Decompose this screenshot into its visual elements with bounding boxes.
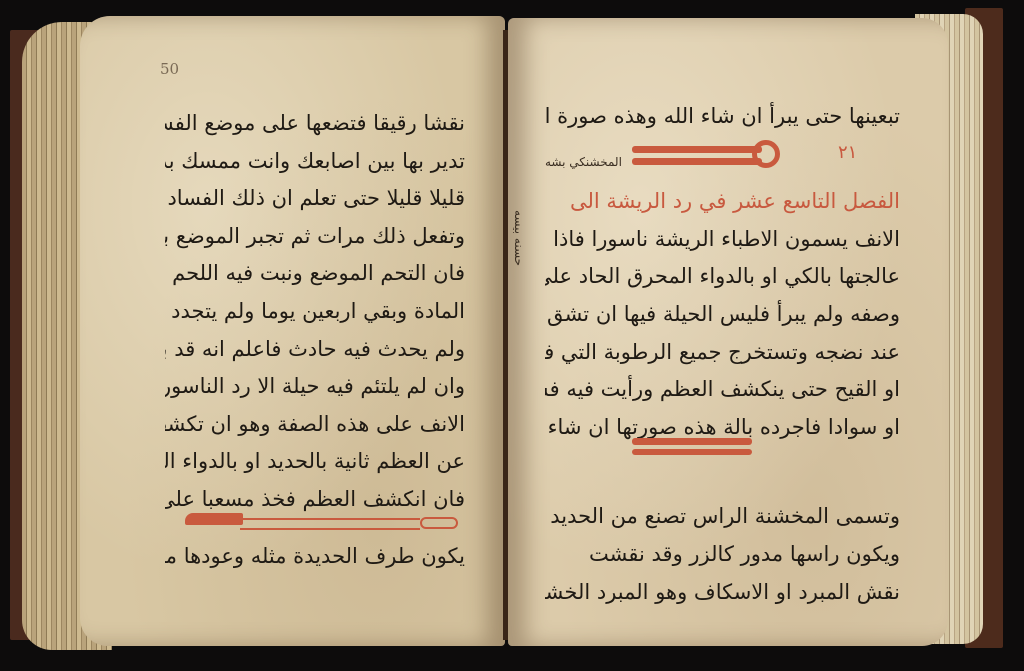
scissors-illustration-handle xyxy=(752,140,780,168)
text-line: وتفعل ذلك مرات ثم تجبر الموضع بالادوية ا… xyxy=(165,218,465,256)
text-line: فان التحم الموضع ونبت فيه اللحم وانقطع ج… xyxy=(165,255,465,293)
text-line: قليلا قليلا حتى تعلم ان ذلك الفساد قد ان… xyxy=(165,180,465,218)
instrument-illustration-head xyxy=(185,513,243,525)
text-line: عند نضجه وتستخرج جميع الرطوبة التي فيه xyxy=(545,334,900,372)
text-line: تبعينها حتى يبرأ ان شاء الله وهذه صورة ا… xyxy=(545,98,900,136)
right-page-text: تبعينها حتى يبرأ ان شاء الله وهذه صورة ا… xyxy=(545,98,900,611)
section-divider xyxy=(632,438,752,445)
scissors-illustration-blade xyxy=(632,158,762,165)
text-line: نقش المبرد او الاسكاف وهو المبرد الخشن xyxy=(545,574,900,612)
text-line: عن العظم ثانية بالحديد او بالدواء الحاد xyxy=(165,443,465,481)
text-line: وصفه ولم يبرأ فليس الحيلة فيها ان تشق ال… xyxy=(545,296,900,334)
scissors-illustration-blade xyxy=(632,146,762,153)
text-line: الانف على هذه الصفة وهو ان تكشف xyxy=(165,406,465,444)
left-caption: يكون طرف الحديدة مثله وعودها مخروط xyxy=(165,538,465,576)
text-line: او القيح حتى ينكشف العظم ورأيت فيه فسادا xyxy=(545,371,900,409)
spacer-line xyxy=(545,173,900,183)
text-line: الانف يسمون الاطباء الريشة ناسورا فاذا xyxy=(545,221,900,259)
instrument-illustration-knob xyxy=(420,517,458,529)
caption-line: يكون طرف الحديدة مثله وعودها مخروط xyxy=(165,538,465,576)
gloss-note: المخشنكي بشه xyxy=(545,155,622,169)
chapter-heading: الفصل التاسع عشر في رد الريشة الى xyxy=(545,183,900,221)
margin-note: حسنه بيسه xyxy=(512,210,526,266)
instrument-illustration-shaft xyxy=(240,528,420,530)
text-line: وتسمى المخشنة الراس تصنع من الحديد الهند… xyxy=(545,498,900,536)
instrument-illustration-shaft xyxy=(240,518,420,520)
text-line: نقشا رقيقا فتضعها على موضع الفساد من الع… xyxy=(165,105,465,143)
text-line: وان لم يلتئم فيه حيلة الا رد الناسور الى… xyxy=(165,368,465,406)
text-line: تدير بها بين اصابعك وانت ممسك بذلك xyxy=(165,143,465,181)
chapter-number: ٢١ xyxy=(838,142,857,163)
folio-number: 50 xyxy=(160,60,179,78)
book-gutter xyxy=(503,30,508,640)
text-line: المادة وبقي اربعين يوما ولم يتجدد ولم ير… xyxy=(165,293,465,331)
text-line: ولم يحدث فيه حادث فاعلم انه قد برئ xyxy=(165,331,465,369)
left-page-text: نقشا رقيقا فتضعها على موضع الفساد من الع… xyxy=(165,105,465,519)
text-line: ويكون راسها مدور كالزر وقد نقشت xyxy=(545,536,900,574)
text-line: عالجتها بالكي او بالدواء المحرق الحاد عل… xyxy=(545,258,900,296)
section-divider xyxy=(632,449,752,455)
